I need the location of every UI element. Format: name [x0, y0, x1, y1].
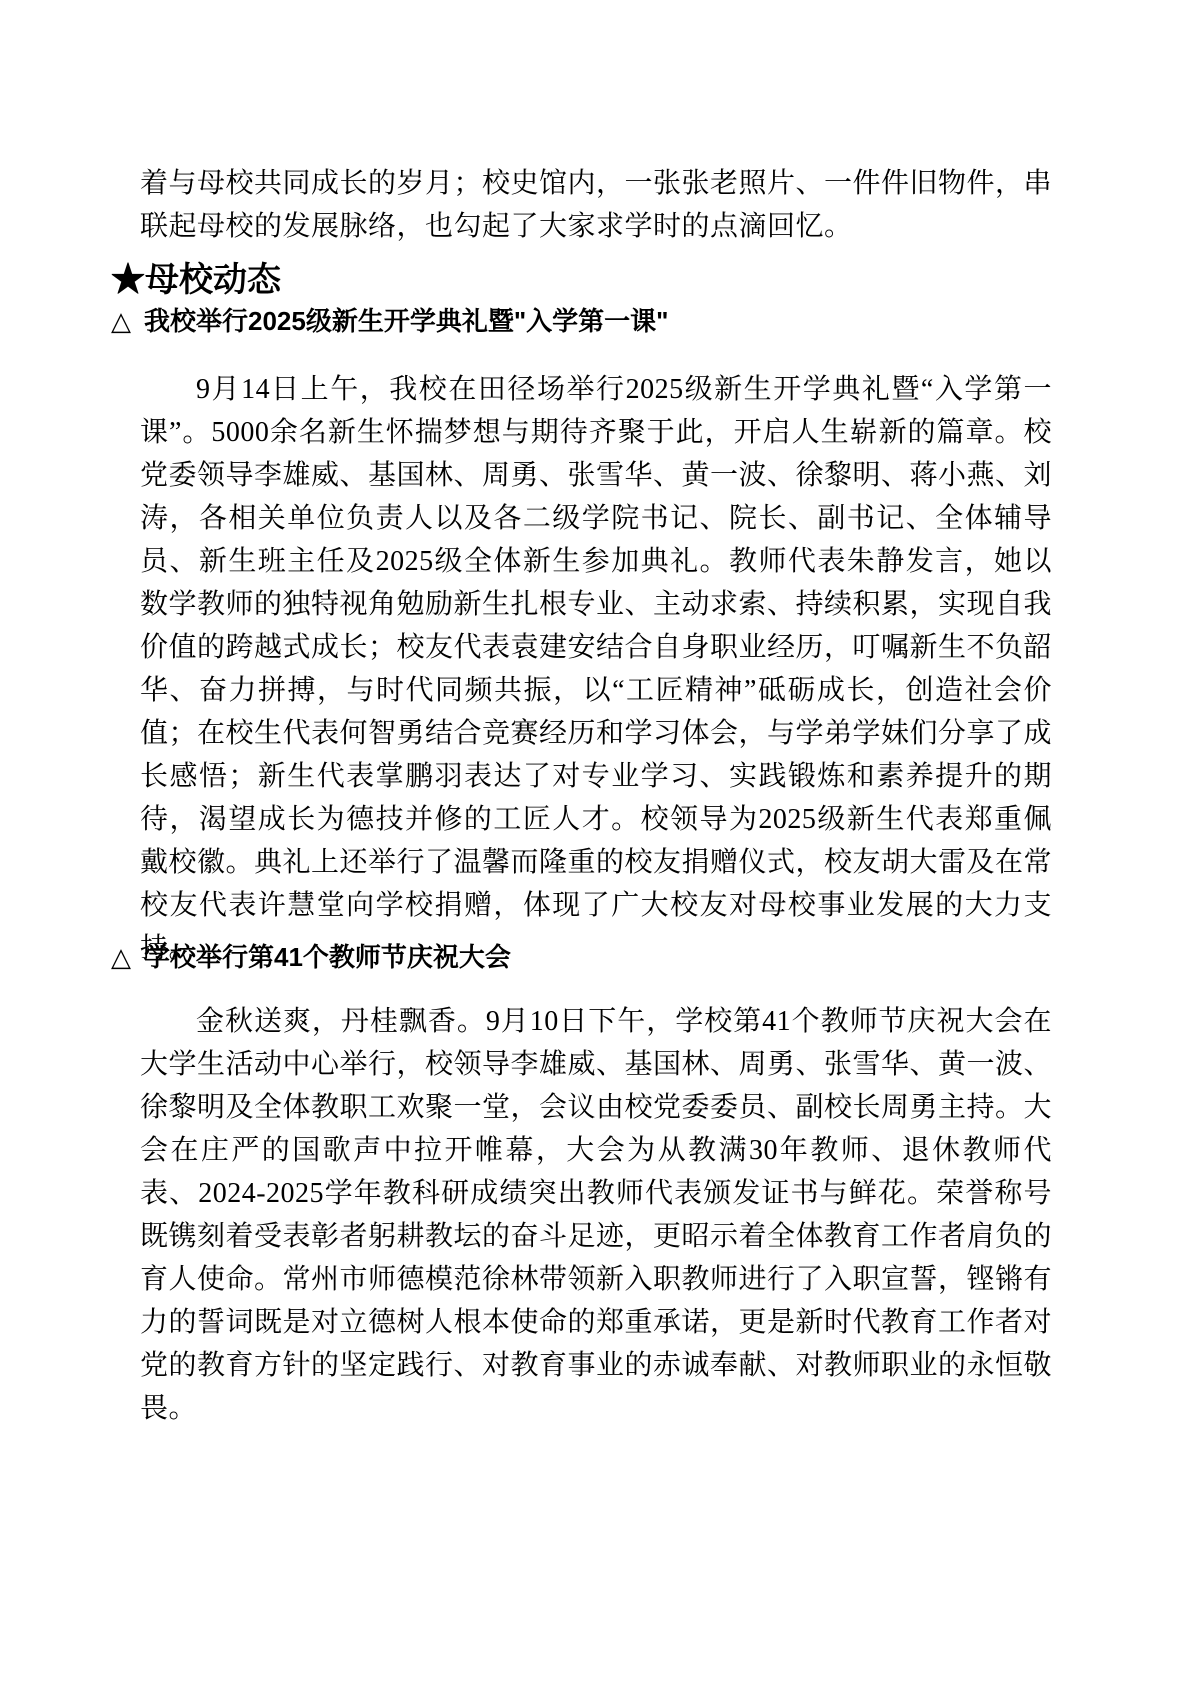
article-2-title: △ 学校举行第41个教师节庆祝大会 [111, 940, 511, 974]
section-heading-text: 母校动态 [145, 262, 281, 299]
article-1-title: △ 我校举行2025级新生开学典礼暨"入学第一课" [111, 304, 669, 338]
article-1-title-text: 我校举行2025级新生开学典礼暨"入学第一课" [144, 304, 669, 338]
triangle-icon: △ [111, 304, 131, 338]
document-page: 着与母校共同成长的岁月；校史馆内，一张张老照片、一件件旧物件，串联起母校的发展脉… [0, 0, 1191, 1684]
star-icon: ★ [111, 262, 145, 299]
article-2-title-text: 学校举行第41个教师节庆祝大会 [144, 940, 511, 974]
intro-paragraph: 着与母校共同成长的岁月；校史馆内，一张张老照片、一件件旧物件，串联起母校的发展脉… [140, 162, 1052, 248]
section-heading: ★母校动态 [111, 260, 281, 302]
triangle-icon: △ [111, 940, 131, 974]
article-1-body: 9月14日上午，我校在田径场举行2025级新生开学典礼暨“入学第一课”。5000… [140, 368, 1052, 970]
article-2-body: 金秋送爽，丹桂飘香。9月10日下午，学校第41个教师节庆祝大会在大学生活动中心举… [140, 1000, 1052, 1430]
